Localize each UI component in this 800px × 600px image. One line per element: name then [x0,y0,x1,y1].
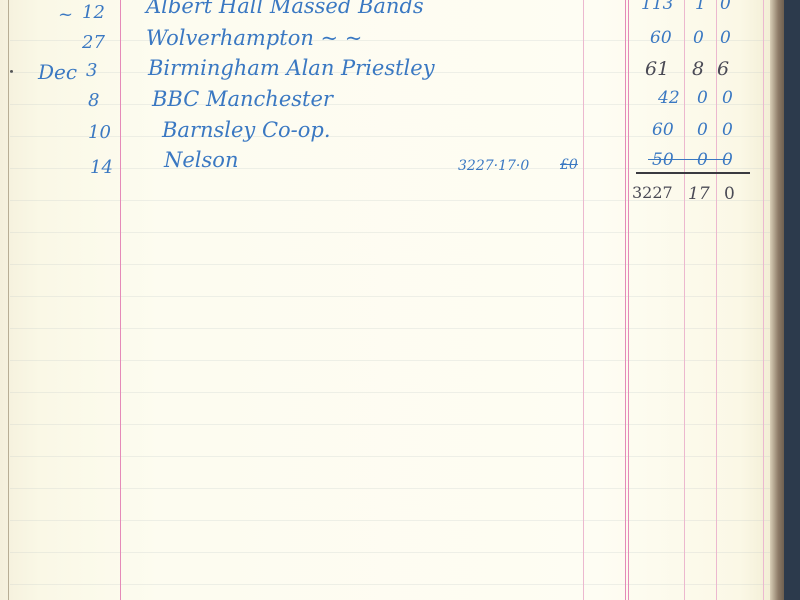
total-shillings: 17 [688,184,710,204]
ruled-line [10,264,770,265]
running-total-note: 3227·17·0 [458,158,529,174]
page-edge [770,0,784,600]
entry-pounds: 60 [650,28,672,48]
entry-shillings: 0 [697,150,708,170]
entry-day: 8 [88,90,99,111]
ruled-line [10,296,770,297]
ruled-line [10,392,770,393]
entry-day: 14 [90,157,113,178]
ruled-line [10,520,770,521]
ruled-line [10,584,770,585]
column-rule-pounds [625,0,626,600]
entry-description: Birmingham Alan Priestley [148,56,435,80]
ruled-line [10,456,770,457]
entry-day: 3 [86,60,97,81]
entry-pounds: 61 [645,58,669,80]
column-rule [583,0,584,600]
amount-strike [648,159,730,160]
ruled-line [10,488,770,489]
total-underline [636,172,750,174]
entry-day: 27 [82,32,105,53]
entry-description: Wolverhampton ~ ~ [146,26,362,50]
entry-pounds: 60 [652,120,674,140]
entry-pence: 0 [722,150,733,170]
entry-description: Barnsley Co-op. [162,118,331,142]
ruled-line [10,232,770,233]
entry-shillings: 0 [697,120,708,140]
entry-shillings: 0 [693,28,704,48]
margin-rule [120,0,121,600]
column-rule-pence [716,0,717,600]
entry-day: 10 [88,122,111,143]
ruled-line [10,328,770,329]
entry-shillings: 8 [692,58,704,80]
entry-description: BBC Manchester [152,87,333,111]
entry-pence: 0 [720,28,731,48]
column-rule-pounds [628,0,629,600]
ruled-line [10,552,770,553]
column-rule-shillings [684,0,685,600]
ruled-line [10,424,770,425]
day-prefix: ~ [58,4,73,25]
entry-pounds: 113 [641,0,673,14]
entry-pounds: 42 [658,88,680,108]
ruled-line [10,360,770,361]
entry-pounds: 50 [652,150,674,170]
entry-description: Nelson [164,148,238,172]
entry-shillings: 1 [695,0,706,14]
book-cover [784,0,800,600]
page-gutter [8,0,9,600]
ledger-page: ~ 12 Albert Hall Massed Bands 113 1 0 27… [0,0,770,600]
running-total-mark: £0 [560,157,578,173]
entry-day: 12 [82,2,105,23]
total-pounds: 3227 [632,183,673,202]
column-rule-edge [763,0,764,600]
entry-pence: 6 [717,58,729,80]
entry-pence: 0 [722,120,733,140]
entry-month: Dec [38,60,77,84]
total-pence: 0 [724,184,735,204]
entry-pence: 0 [720,0,731,14]
ruled-line [10,104,770,105]
entry-description: Albert Hall Massed Bands [146,0,424,18]
entry-shillings: 0 [697,88,708,108]
entry-pence: 0 [722,88,733,108]
